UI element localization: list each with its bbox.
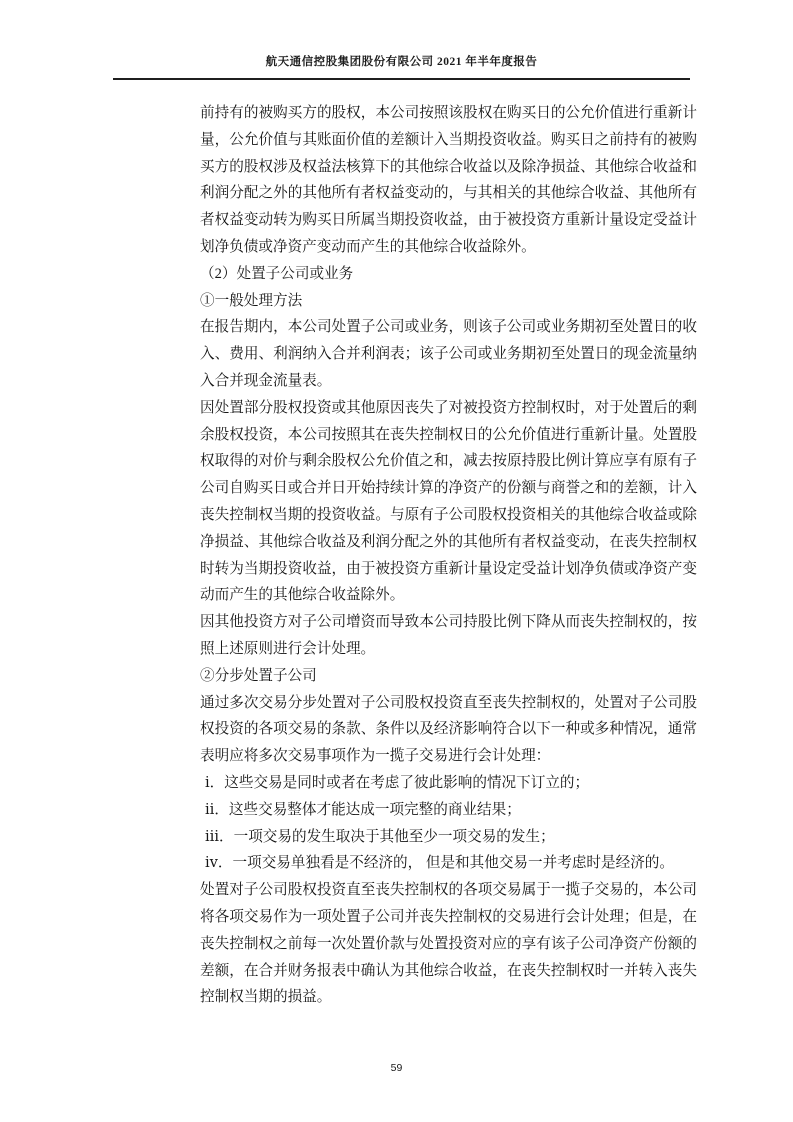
paragraph-multiple-transactions-criteria: 通过多次交易分步处置对子公司股权投资直至丧失控制权的，处置对子公司股权投资的各项… xyxy=(200,690,697,770)
list-item-iii: ⅲ．一项交易的发生取决于其他至少一项交易的发生； xyxy=(200,824,697,851)
heading-stepwise-disposal-subsidiary: ②分步处置子公司 xyxy=(200,663,697,690)
paragraph-package-transaction-treatment: 处置对子公司股权投资直至丧失控制权的各项交易属于一揽子交易的，本公司将各项交易作… xyxy=(200,877,697,1011)
document-body: 前持有的被购买方的股权，本公司按照该股权在购买日的公允价值进行重新计量，公允价值… xyxy=(200,100,697,1011)
paragraph-reporting-period-disposal: 在报告期内，本公司处置子公司或业务，则该子公司或业务期初至处置日的收入、费用、利… xyxy=(200,314,697,394)
list-item-iv: ⅳ．一项交易单独看是不经济的， 但是和其他交易一并考虑时是经济的。 xyxy=(200,850,697,877)
report-title: 航天通信控股集团股份有限公司 2021 年半年度报告 xyxy=(266,56,538,68)
heading-general-treatment-method: ①一般处理方法 xyxy=(200,288,697,315)
paragraph-equity-remeasurement: 前持有的被购买方的股权，本公司按照该股权在购买日的公允价值进行重新计量，公允价值… xyxy=(200,100,697,261)
paragraph-loss-of-control-remeasurement: 因处置部分股权投资或其他原因丧失了对被投资方控制权时，对于处置后的剩余股权投资，… xyxy=(200,395,697,609)
list-item-ii: ⅱ．这些交易整体才能达成一项完整的商业结果； xyxy=(200,797,697,824)
report-page: 航天通信控股集团股份有限公司 2021 年半年度报告 前持有的被购买方的股权，本… xyxy=(0,0,793,1122)
page-footer: 59 xyxy=(0,1062,793,1074)
page-number: 59 xyxy=(391,1062,403,1074)
header-rule-divider xyxy=(113,78,690,80)
heading-dispose-subsidiary-or-business: （2）处置子公司或业务 xyxy=(200,261,697,288)
page-header: 航天通信控股集团股份有限公司 2021 年半年度报告 xyxy=(113,53,690,69)
list-item-i: ⅰ．这些交易是同时或者在考虑了彼此影响的情况下订立的； xyxy=(200,770,697,797)
paragraph-capital-increase-dilution: 因其他投资方对子公司增资而导致本公司持股比例下降从而丧失控制权的，按照上述原则进… xyxy=(200,609,697,663)
